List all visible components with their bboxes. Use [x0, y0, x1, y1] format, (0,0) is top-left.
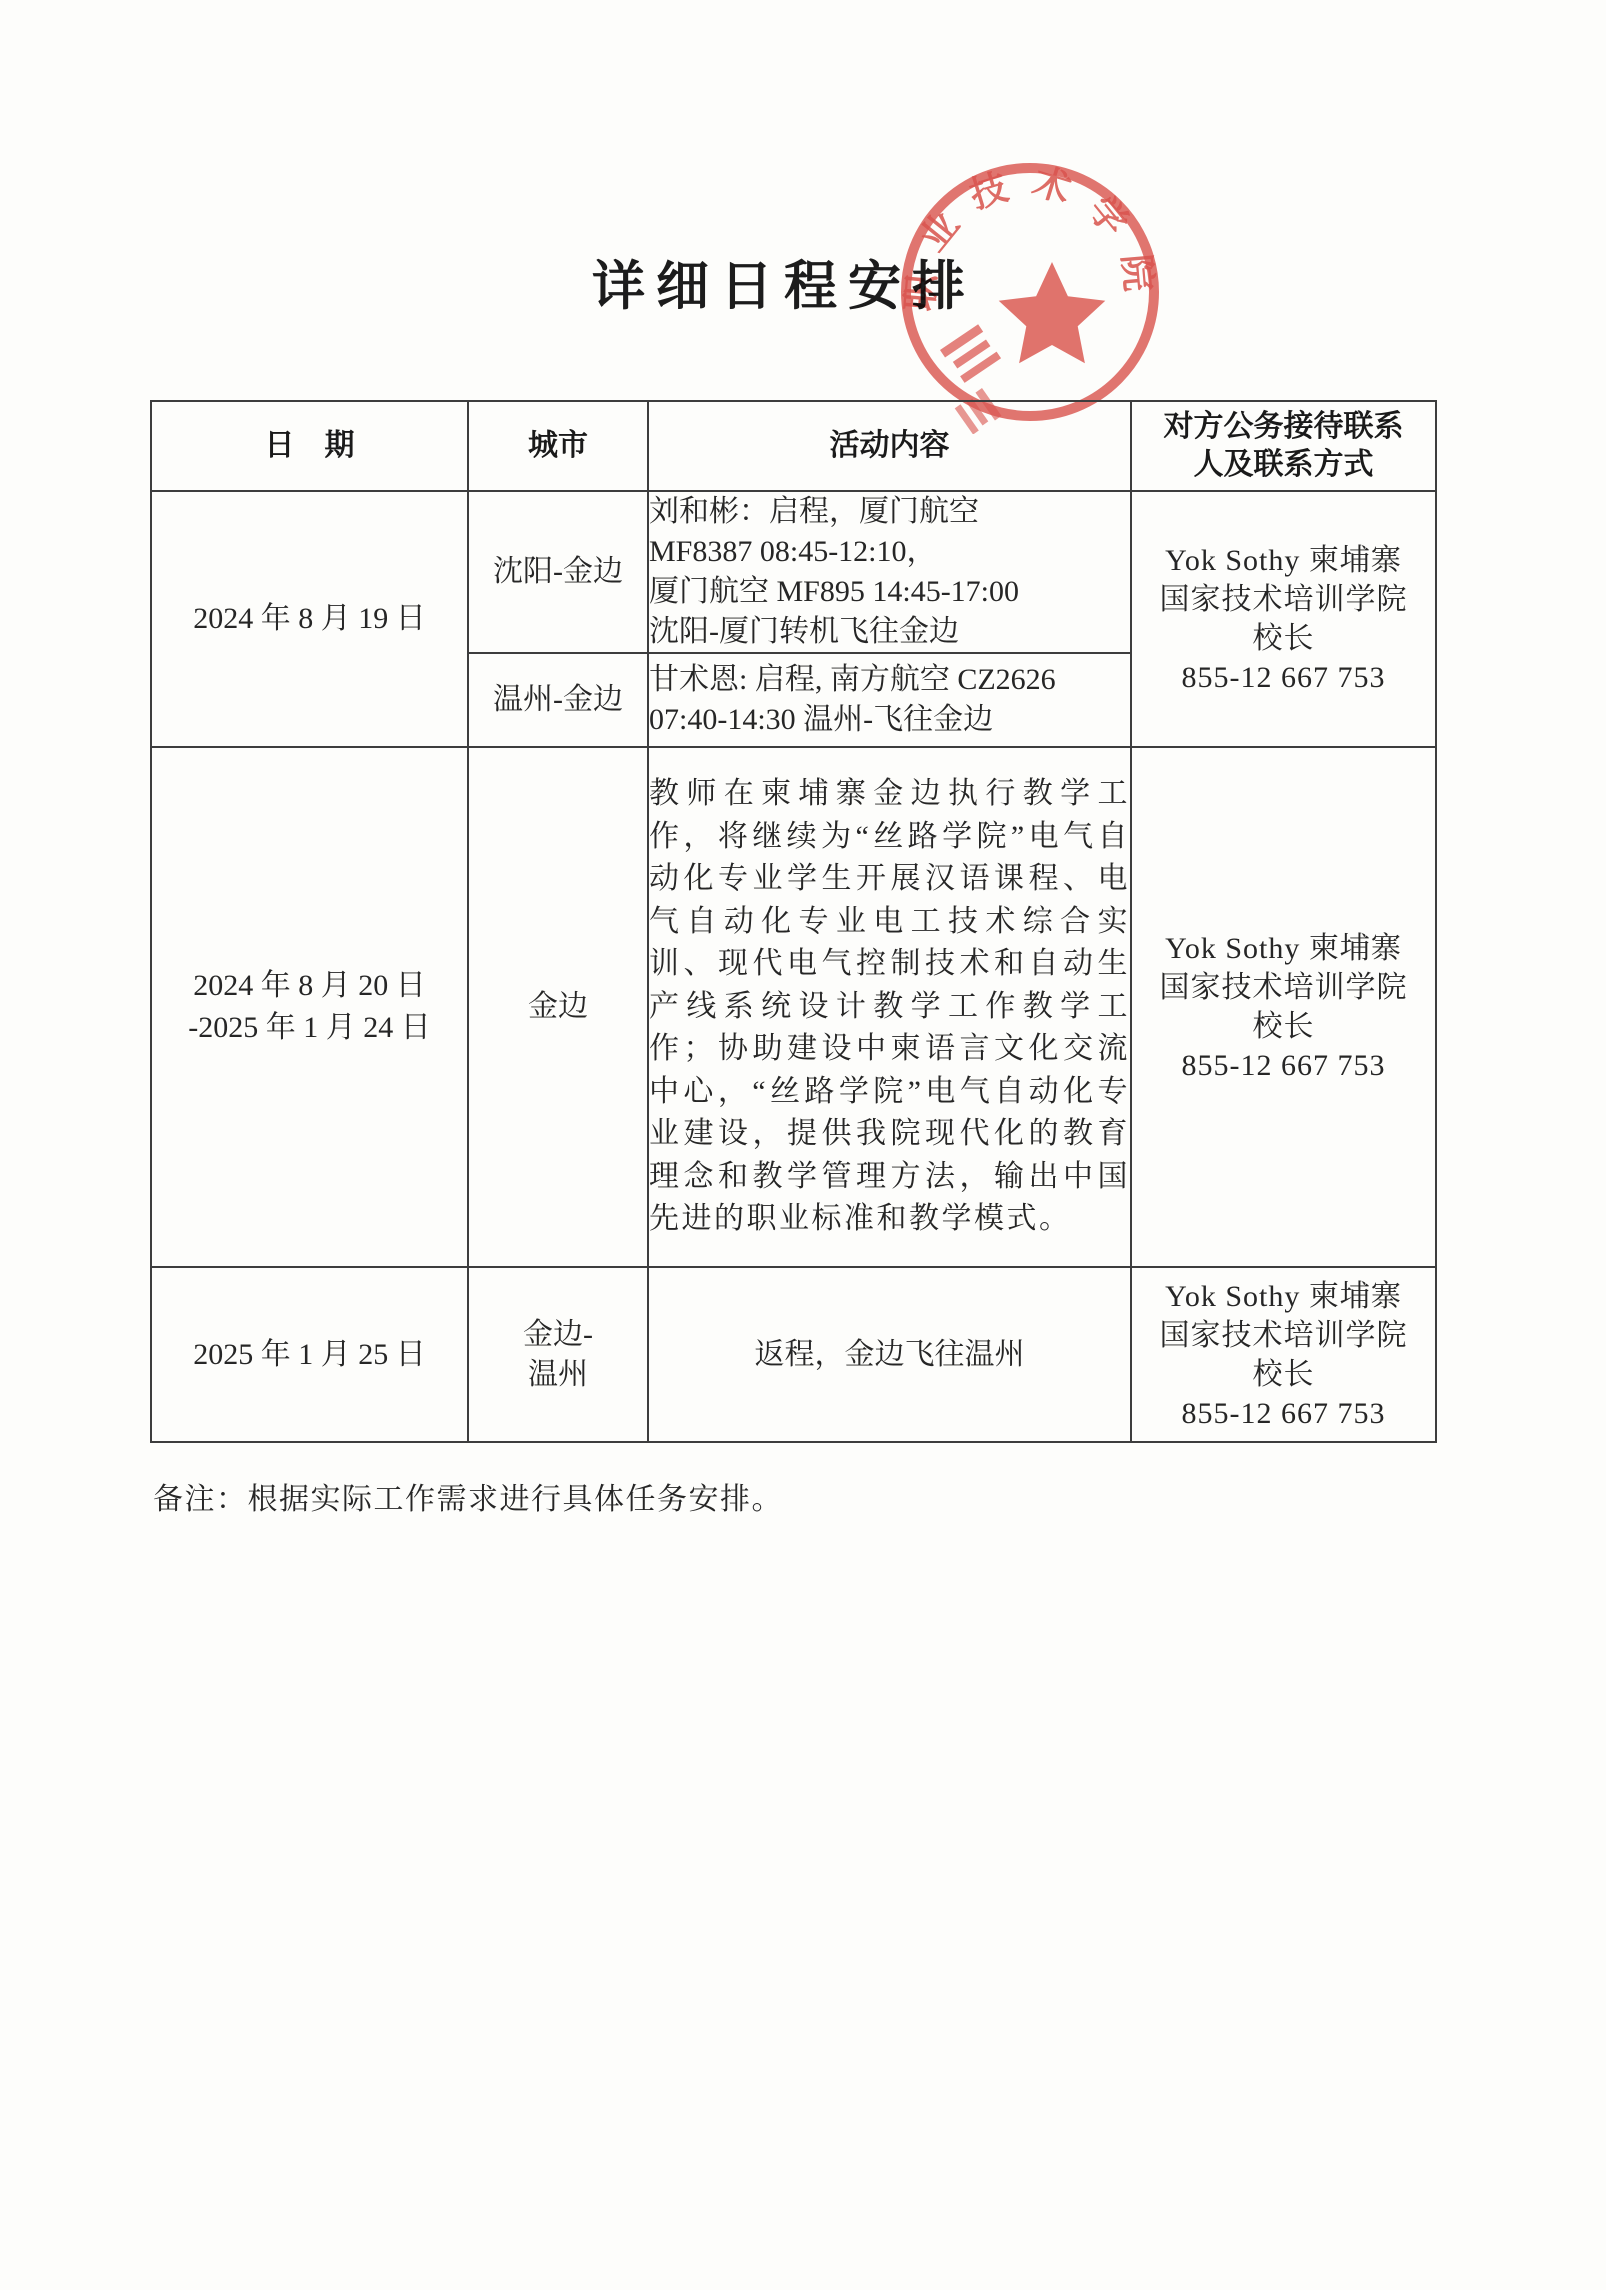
- red-seal-stamp: 职业技术学院: [888, 150, 1172, 434]
- header-contact: 对方公务接待联系 人及联系方式: [1131, 401, 1436, 491]
- cell-city-r3: 金边- 温州: [468, 1267, 648, 1442]
- remark-note: 备注：根据实际工作需求进行具体任务安排。: [153, 1474, 783, 1518]
- header-city: 城市: [468, 401, 648, 491]
- scanned-schedule-document: { "page": { "title": "详细日程安排", "note": "…: [0, 0, 1606, 2290]
- table-row: 2024 年 8 月 19 日 沈阳-金边 刘和彬：启程，厦门航空 MF8387…: [151, 491, 1436, 653]
- stamp-graphic: 职业技术学院: [899, 160, 1161, 434]
- header-activity: 活动内容: [648, 401, 1131, 491]
- cell-activity-r2: 教师在柬埔寨金边执行教学工作，将继续为“丝路学院”电气自动化专业学生开展汉语课程…: [648, 747, 1131, 1267]
- cell-activity-r3: 返程，金边飞往温州: [648, 1267, 1131, 1442]
- table-row: 2024 年 8 月 20 日 -2025 年 1 月 24 日 金边 教师在柬…: [151, 747, 1436, 1267]
- cell-activity-r1b: 甘术恩: 启程, 南方航空 CZ2626 07:40-14:30 温州-飞往金边: [648, 653, 1131, 747]
- cell-contact-r1: Yok Sothy 柬埔寨 国家技术培训学院 校长 855-12 667 753: [1131, 491, 1436, 747]
- table-header-row: 日 期 城市 活动内容 对方公务接待联系 人及联系方式: [151, 401, 1436, 491]
- schedule-table: 日 期 城市 活动内容 对方公务接待联系 人及联系方式 2024 年 8 月 1…: [150, 400, 1437, 1443]
- table-row: 2025 年 1 月 25 日 金边- 温州 返程，金边飞往温州 Yok Sot…: [151, 1267, 1436, 1442]
- cell-activity-r1a: 刘和彬：启程，厦门航空 MF8387 08:45-12:10， 厦门航空 MF8…: [648, 491, 1131, 653]
- header-date: 日 期: [151, 401, 468, 491]
- stamp-text: 职业技术学院: [899, 160, 1161, 313]
- cell-contact-r3: Yok Sothy 柬埔寨 国家技术培训学院 校长 855-12 667 753: [1131, 1267, 1436, 1442]
- cell-date-r3: 2025 年 1 月 25 日: [151, 1267, 468, 1442]
- cell-contact-r2: Yok Sothy 柬埔寨 国家技术培训学院 校长 855-12 667 753: [1131, 747, 1436, 1267]
- stamp-star-icon: [999, 262, 1106, 363]
- cell-city-r1b: 温州-金边: [468, 653, 648, 747]
- cell-date-r1: 2024 年 8 月 19 日: [151, 491, 468, 747]
- cell-city-r1a: 沈阳-金边: [468, 491, 648, 653]
- cell-city-r2: 金边: [468, 747, 648, 1267]
- stamp-texture-mark: [940, 324, 1001, 384]
- cell-date-r2: 2024 年 8 月 20 日 -2025 年 1 月 24 日: [151, 747, 468, 1267]
